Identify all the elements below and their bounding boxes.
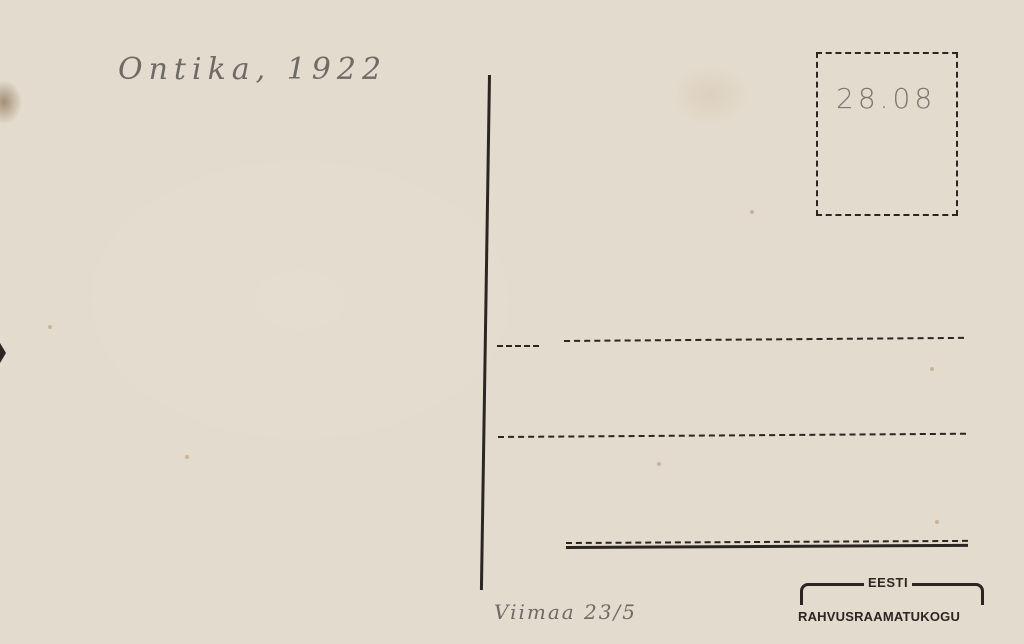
postcard-back: Ontika, 1922 28.08 Viimaa 23/5 EESTI RAH… (0, 0, 1024, 644)
paper-speck (930, 367, 934, 371)
address-line-1 (564, 337, 964, 342)
address-line-3-underline (566, 544, 968, 549)
message-address-divider (480, 75, 491, 590)
paper-speck (48, 325, 52, 329)
stamp-placement-box (816, 52, 958, 216)
handwritten-place-date: Ontika, 1922 (118, 52, 387, 87)
paper-speck (185, 455, 189, 459)
stamp-text-bottom: RAHVUSRAAMATUKOGU (798, 609, 960, 624)
paper-speck (935, 520, 939, 524)
paper-speck (750, 210, 754, 214)
address-line-1-short (497, 345, 539, 347)
paper-speck (657, 462, 661, 466)
library-ownership-stamp: EESTI RAHVUSRAAMATUKOGU (798, 575, 988, 627)
handwritten-catalog-note: Viimaa 23/5 (494, 600, 637, 624)
address-line-2 (498, 433, 966, 438)
stamp-text-top: EESTI (864, 575, 912, 590)
handwritten-stamp-number: 28.08 (836, 82, 936, 115)
edge-mark (0, 343, 6, 363)
